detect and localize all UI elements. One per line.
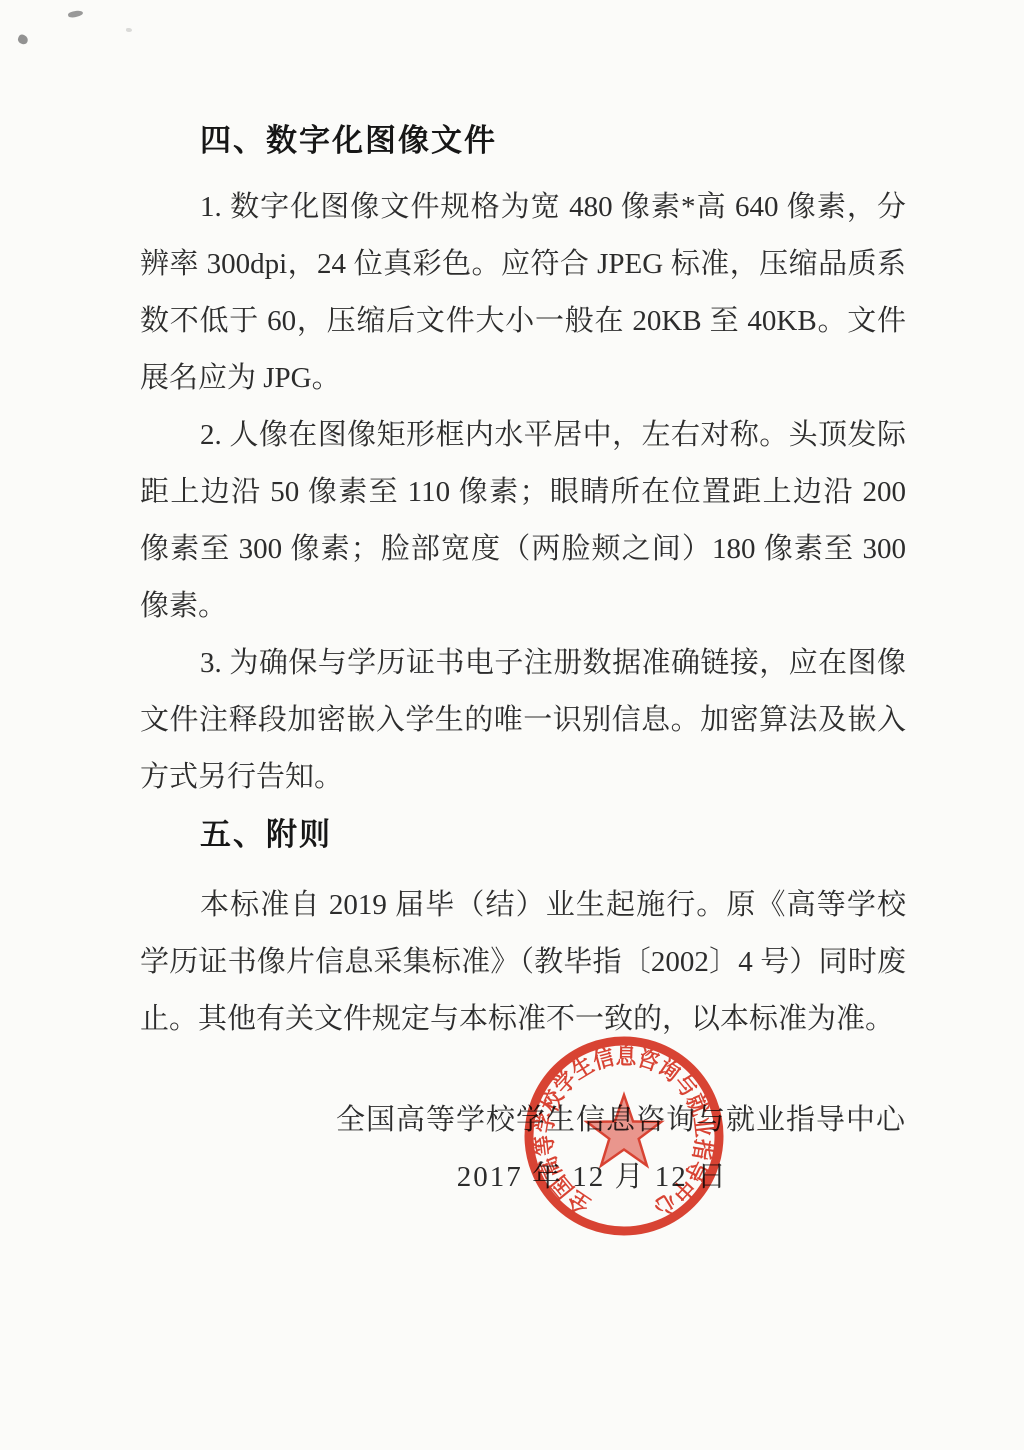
scan-artifact [17, 33, 30, 45]
document-body: 四、数字化图像文件 1. 数字化图像文件规格为宽 480 像素*高 640 像素… [140, 112, 906, 1206]
issuing-organization: 全国高等学校学生信息咨询与就业指导中心 [140, 1092, 906, 1149]
paragraph-line: 数不低于 60，压缩后文件大小一般在 20KB 至 40KB。文件扩 [140, 293, 906, 350]
section-4-paragraph-1: 1. 数字化图像文件规格为宽 480 像素*高 640 像素，分 辨率 300d… [140, 179, 906, 407]
paragraph-line: 像素至 300 像素；脸部宽度（两脸颊之间）180 像素至 300 [140, 521, 906, 578]
paragraph-line: 展名应为 JPG。 [140, 350, 906, 407]
paragraph-line: 止。其他有关文件规定与本标准不一致的，以本标准为准。 [140, 991, 906, 1048]
section-4-paragraph-2: 2. 人像在图像矩形框内水平居中，左右对称。头顶发际 距上边沿 50 像素至 1… [140, 407, 906, 635]
paragraph-line: 辨率 300dpi，24 位真彩色。应符合 JPEG 标准，压缩品质系 [140, 236, 906, 293]
paragraph-line: 学历证书像片信息采集标准》（教毕指〔2002〕4 号）同时废 [140, 934, 906, 991]
paragraph-line: 2. 人像在图像矩形框内水平居中，左右对称。头顶发际 [140, 407, 906, 464]
paragraph-line: 3. 为确保与学历证书电子注册数据准确链接，应在图像 [140, 635, 906, 692]
signature-block: 全国高等学校学生信息咨询与就业指导中心 2017 年 12 月 12 日 [140, 1092, 906, 1206]
section-5-heading: 五、附则 [140, 806, 906, 863]
section-4-paragraph-3: 3. 为确保与学历证书电子注册数据准确链接，应在图像 文件注释段加密嵌入学生的唯… [140, 635, 906, 806]
paragraph-line: 方式另行告知。 [140, 749, 906, 806]
issue-date: 2017 年 12 月 12 日 [140, 1149, 906, 1206]
scan-artifact [126, 28, 132, 32]
scan-artifact [68, 10, 84, 19]
paragraph-line: 像素。 [140, 578, 906, 635]
section-4-heading: 四、数字化图像文件 [140, 112, 906, 169]
scanned-document-page: 四、数字化图像文件 1. 数字化图像文件规格为宽 480 像素*高 640 像素… [0, 0, 1024, 1450]
paragraph-line: 文件注释段加密嵌入学生的唯一识别信息。加密算法及嵌入 [140, 692, 906, 749]
section-5-paragraph-1: 本标准自 2019 届毕（结）业生起施行。原《高等学校 学历证书像片信息采集标准… [140, 877, 906, 1048]
paragraph-line: 本标准自 2019 届毕（结）业生起施行。原《高等学校 [140, 877, 906, 934]
paragraph-line: 1. 数字化图像文件规格为宽 480 像素*高 640 像素，分 [140, 179, 906, 236]
paragraph-line: 距上边沿 50 像素至 110 像素；眼睛所在位置距上边沿 200 [140, 464, 906, 521]
